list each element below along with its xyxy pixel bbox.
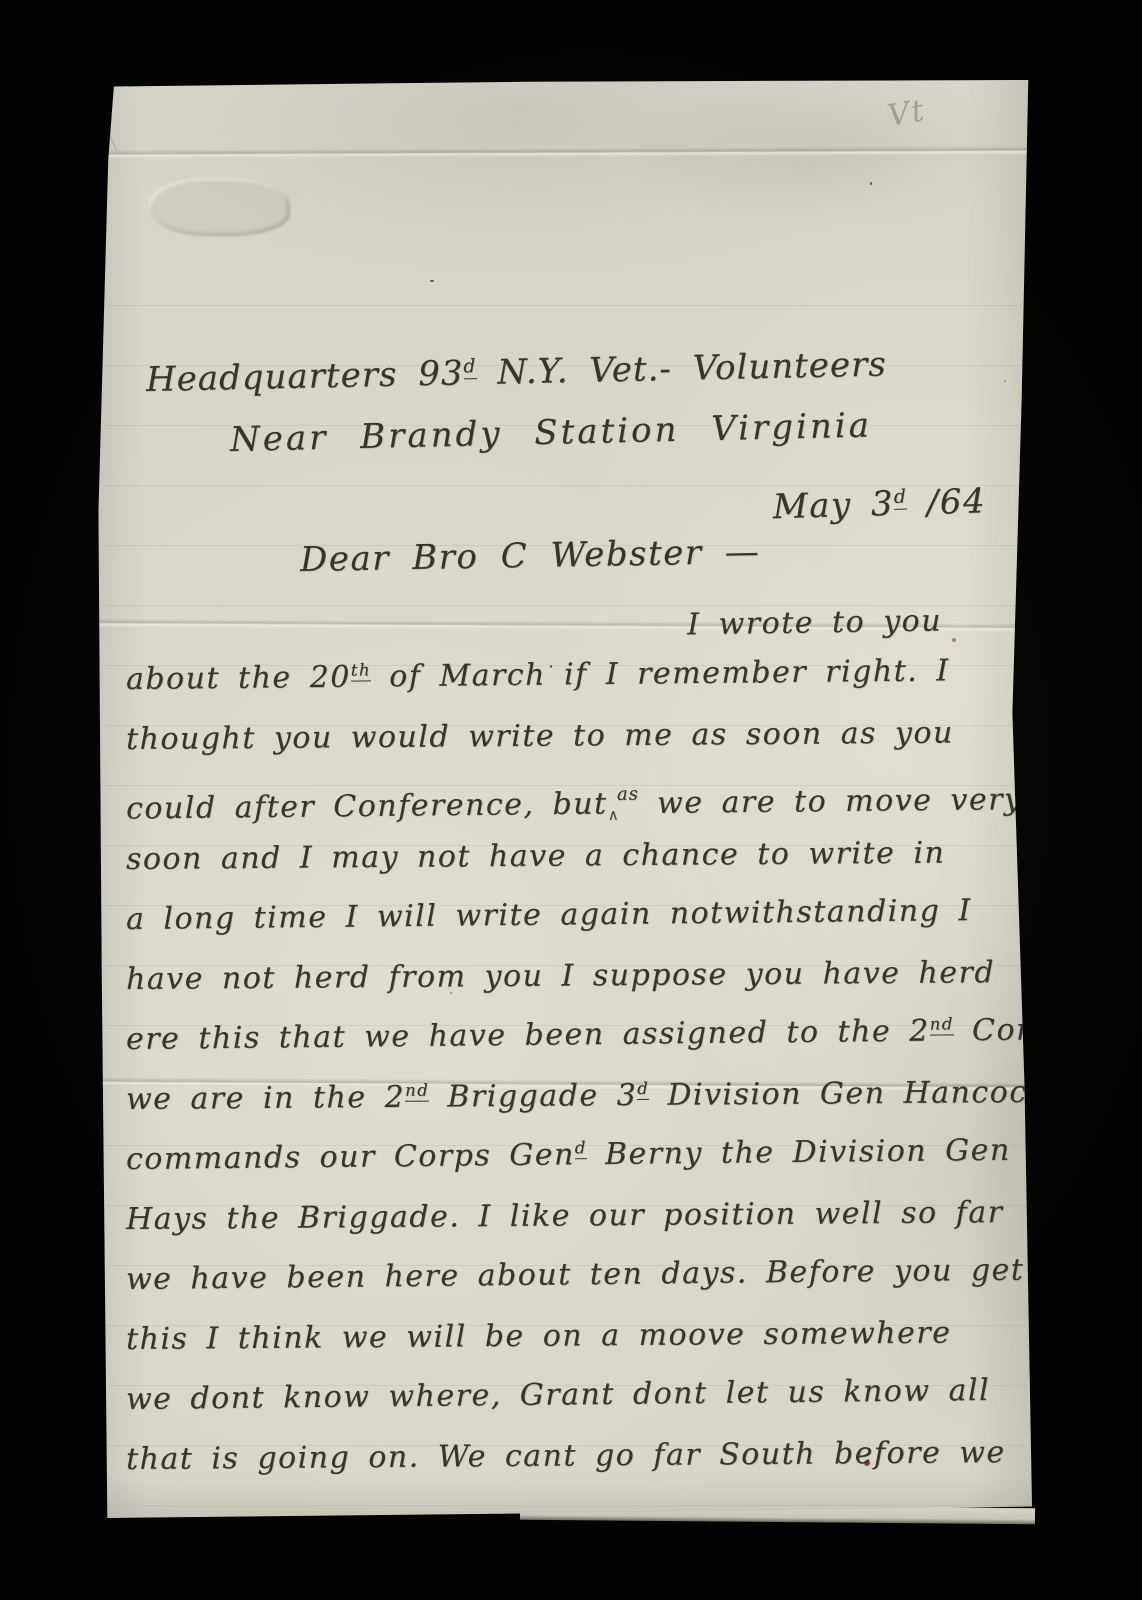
text-segment: Division Gen Hancock (649, 1075, 1047, 1113)
text-segment: a long time I will write again notwithst… (126, 893, 972, 937)
text-segment: this I think we will be on a moove somew… (126, 1316, 952, 1357)
text-segment: about the 20 (126, 660, 351, 697)
letter-photograph: Vt Headquarters 93d N.Y. Vet.- Volunteer… (0, 0, 1142, 1600)
pencil-note: Vt (885, 93, 928, 134)
superscript: nd (930, 1015, 954, 1036)
letter-line: ere this that we have been assigned to t… (126, 1001, 1033, 1070)
letter-line: we are in the 2nd Briggade 3d Division G… (126, 1063, 1032, 1130)
text-segment: ere this that we have been assigned to t… (126, 1014, 930, 1057)
text-segment: thought you would write to me as soon as… (126, 715, 954, 757)
letter-line: this I think we will be on a moove somew… (126, 1303, 1032, 1370)
text-segment: could after Conference, but (126, 786, 608, 826)
letter-body: I wrote to youabout the 20th of March if… (98, 590, 1032, 1490)
text-segment: Hays the Briggade. I like our position w… (126, 1195, 1004, 1237)
text-segment: /64 (907, 481, 987, 523)
superscript: d (575, 1138, 587, 1159)
letter-line: Dear Bro C Webster — (299, 517, 1032, 590)
letter-line: thought you would write to me as soon as… (126, 703, 1032, 770)
superscript: th (351, 661, 371, 682)
corner-fold-line (83, 82, 117, 151)
text-segment: that is going on. We cant go far South b… (126, 1435, 1006, 1477)
text-segment: soon and I may not have a chance to writ… (126, 836, 946, 877)
text-segment: we have been here about ten days. Before… (126, 1253, 1025, 1297)
superscript: d (637, 1079, 649, 1100)
letter-line: we have been here about ten days. Before… (126, 1241, 1033, 1310)
text-segment: we are in the 2 (126, 1080, 405, 1117)
letter-line: we dont know where, Grant dont let us kn… (126, 1361, 1033, 1430)
text-segment: Corps. (954, 1012, 1081, 1048)
superscript: d (894, 486, 908, 509)
fold-crease-top (94, 146, 1036, 159)
text-segment: Near Brandy Station Virginia (230, 405, 873, 460)
text-segment: I wrote to you (687, 603, 942, 642)
letter-line: Hays the Briggade. I like our position w… (126, 1183, 1032, 1250)
text-segment: Dear Bro C Webster — (300, 532, 761, 580)
superscript: d (463, 356, 476, 379)
text-segment: N.Y. Vet.- Volunteers (476, 344, 887, 393)
text-segment: we are to move very (639, 782, 1023, 821)
letter-heading: Headquarters 93d N.Y. Vet.- VolunteersNe… (98, 350, 1032, 590)
text-segment: we dont know where, Grant dont let us kn… (126, 1373, 991, 1417)
letter-line: commands our Corps Gend Berny the Divisi… (126, 1121, 1033, 1190)
letter-line: have not herd from you I suppose you hav… (126, 943, 1032, 1010)
text-segment: have not herd from you I suppose you hav… (126, 955, 995, 997)
paper-speck (430, 280, 434, 282)
inserted-word: as (617, 784, 639, 805)
letter-page: Vt Headquarters 93d N.Y. Vet.- Volunteer… (98, 80, 1032, 1518)
text-segment: commands our Corps Gen (126, 1137, 575, 1177)
letter-line: soon and I may not have a chance to writ… (126, 823, 1032, 890)
text-segment: Headquarters 93 (146, 353, 464, 400)
letter-text: Headquarters 93d N.Y. Vet.- VolunteersNe… (98, 350, 1032, 1490)
letter-line: a long time I will write again notwithst… (126, 881, 1033, 950)
superscript: nd (405, 1081, 429, 1102)
insertion-caret: ∧ (608, 806, 621, 824)
letter-line: could after Conference, but∧as we are to… (126, 761, 1033, 830)
text-segment: Briggade 3 (429, 1078, 637, 1115)
text-segment: Berny the Division Gen (587, 1133, 1011, 1172)
embossed-seal (148, 178, 290, 236)
paper-speck (870, 182, 872, 185)
letter-line: about the 20th of March if I remember ri… (126, 641, 1033, 710)
letter-line: that is going on. We cant go far South b… (126, 1423, 1032, 1490)
text-segment: of March if I remember right. I (371, 653, 950, 694)
